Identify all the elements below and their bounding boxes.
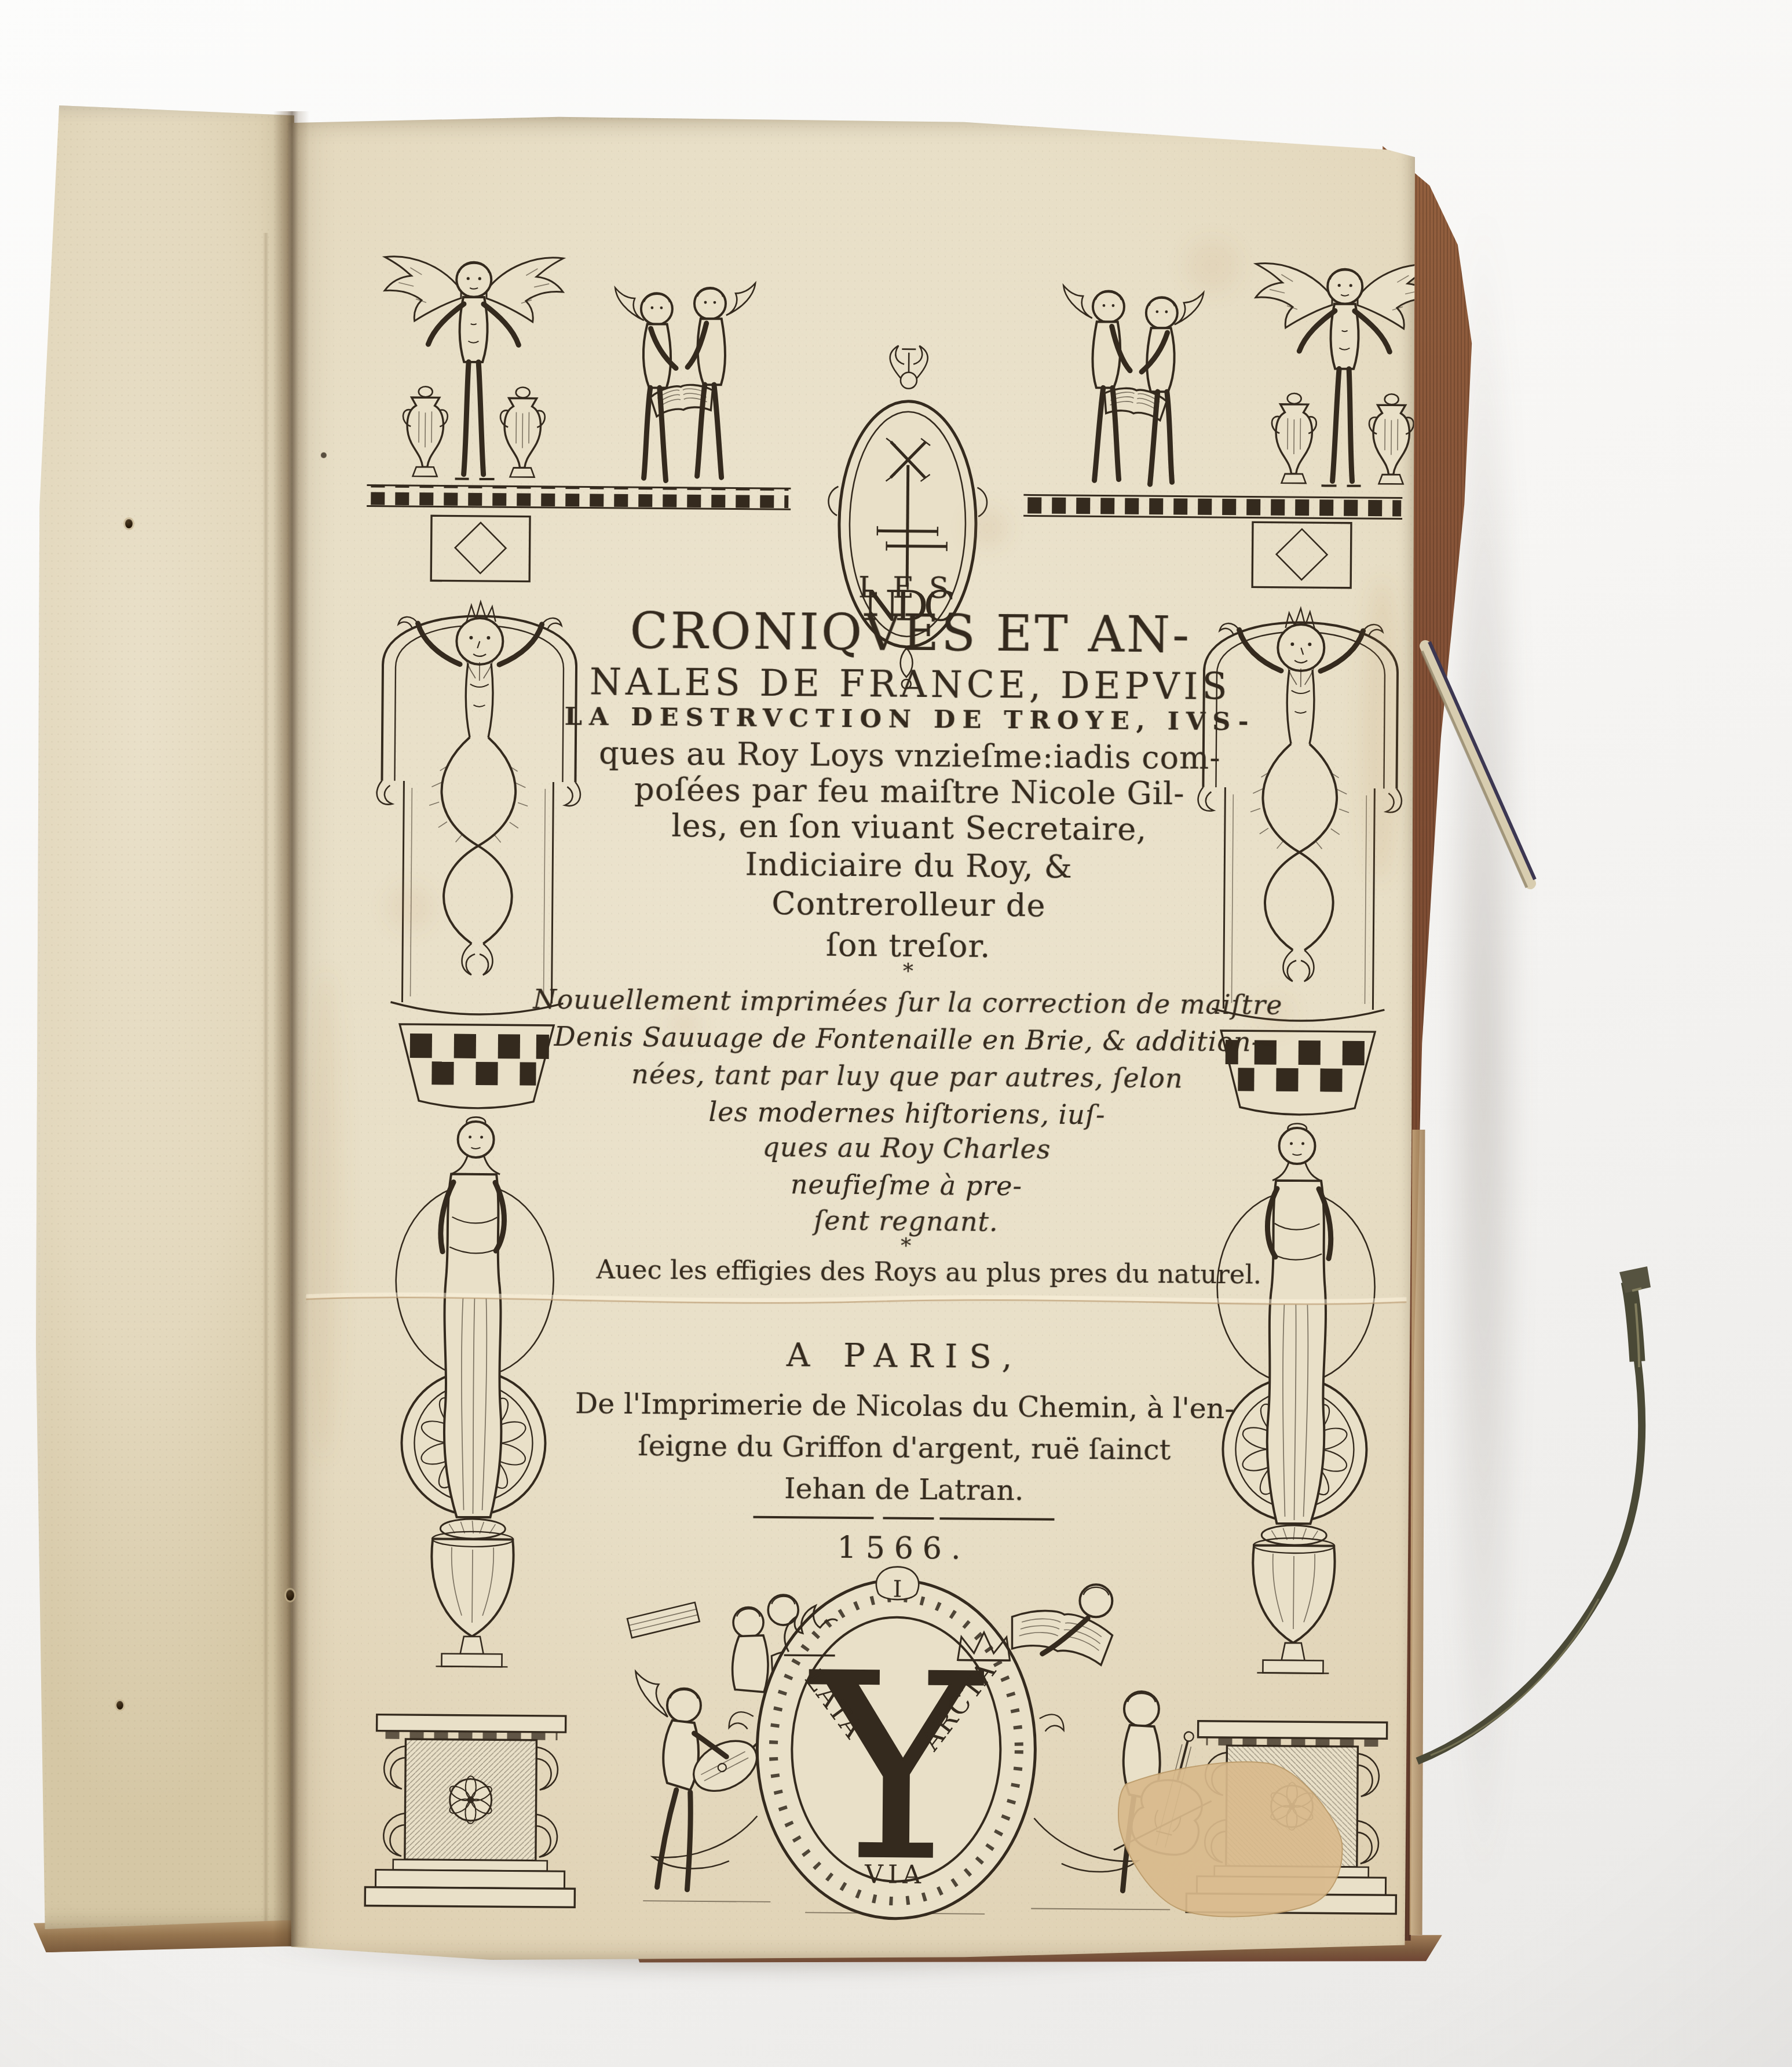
clasp-ties xyxy=(0,0,1792,2067)
photo-of-book: { "colors": { "backdrop": "#f5f4f2", "fl… xyxy=(0,0,1792,2067)
clasp-tie-upper xyxy=(1422,642,1535,888)
clasp-tie-lower xyxy=(1417,1266,1651,1761)
